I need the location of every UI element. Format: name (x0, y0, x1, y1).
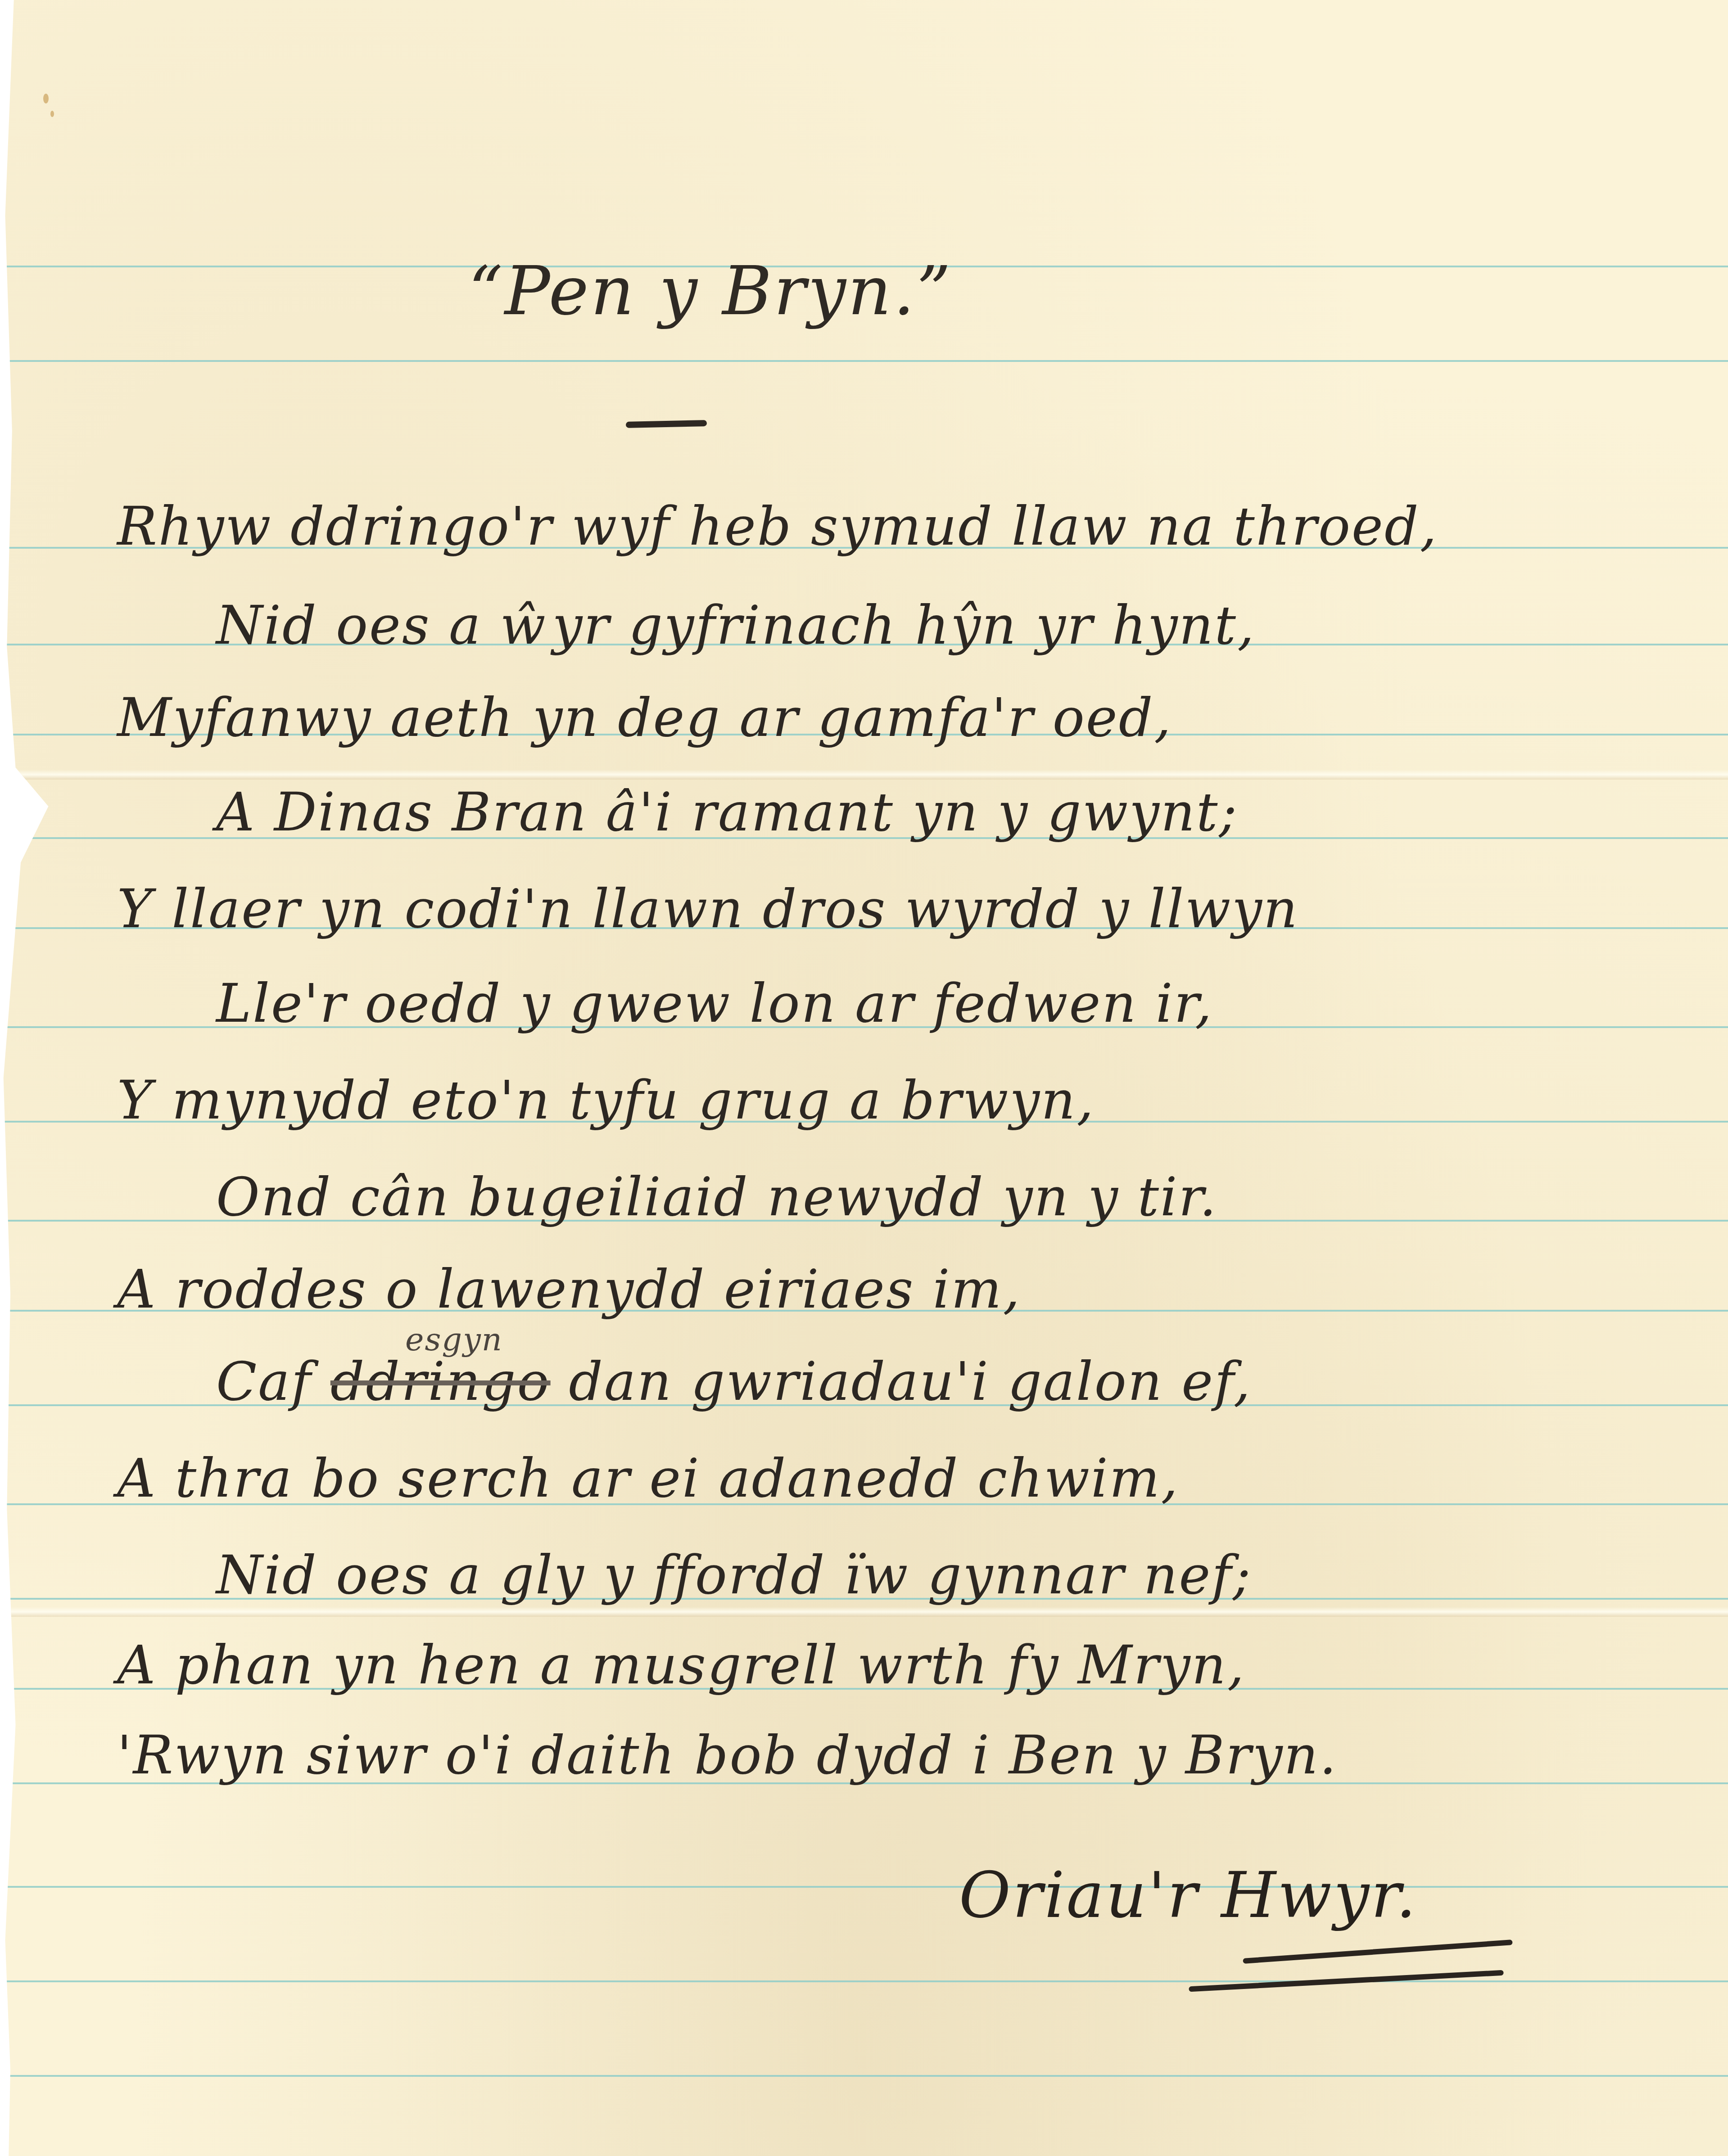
poem-line-9: A roddes o lawenydd eiriaes im, (117, 1263, 1021, 1316)
poem-line-11: A thra bo serch ar ei adanedd chwim, (117, 1452, 1179, 1505)
poem-line-8: Ond cân bugeiliaid newydd yn y tir. (216, 1170, 1218, 1223)
signature-underline (1243, 1939, 1512, 1964)
poem-line-4: A Dinas Bran â'i ramant yn y gwynt; (216, 785, 1238, 839)
ruled-line (0, 360, 1728, 362)
signature: Oriau'r Hwyr. (959, 1859, 1418, 1932)
rust-stain (43, 94, 49, 104)
rust-stain (50, 111, 54, 117)
poem-line-12: Nid oes a gly y ffordd ïw gynnar nef; (216, 1548, 1252, 1601)
ruled-line (0, 1886, 1728, 1888)
ruled-line (0, 2075, 1728, 2077)
paper-fold-crease (0, 770, 1728, 780)
ruled-line (0, 1980, 1728, 1982)
title-underline (626, 420, 707, 428)
interlinear-correction: esgyn (405, 1321, 503, 1358)
line-10-end: dan gwriadau'i galon ef, (551, 1350, 1252, 1412)
poem-line-14: 'Rwyn siwr o'i daith bob dydd i Ben y Br… (117, 1728, 1338, 1782)
paper-fold-crease (0, 1607, 1728, 1617)
poem-line-5: Y llaer yn codi'n llawn dros wyrdd y llw… (117, 882, 1299, 935)
poem-line-1: Rhyw ddringo'r wyf heb symud llaw na thr… (117, 500, 1438, 553)
poem-line-10: Caf ddringo dan gwriadau'i galon ef, (216, 1355, 1252, 1408)
poem-line-13: A phan yn hen a musgrell wrth fy Mryn, (117, 1638, 1245, 1691)
manuscript-page: “Pen y Bryn.” Rhyw ddringo'r wyf heb sym… (0, 0, 1728, 2156)
struck-word: ddringo (330, 1350, 551, 1412)
poem-line-3: Myfanwy aeth yn deg ar gamfa'r oed, (117, 691, 1172, 744)
line-10-start: Caf (216, 1350, 330, 1412)
poem-line-7: Y mynydd eto'n tyfu grug a brwyn, (117, 1073, 1095, 1127)
poem-line-6: Lle'r oedd y gwew lon ar fedwen ir, (216, 977, 1213, 1030)
poem-title: “Pen y Bryn.” (468, 252, 953, 330)
poem-line-2: Nid oes a ŵyr gyfrinach hŷn yr hynt, (216, 599, 1256, 652)
